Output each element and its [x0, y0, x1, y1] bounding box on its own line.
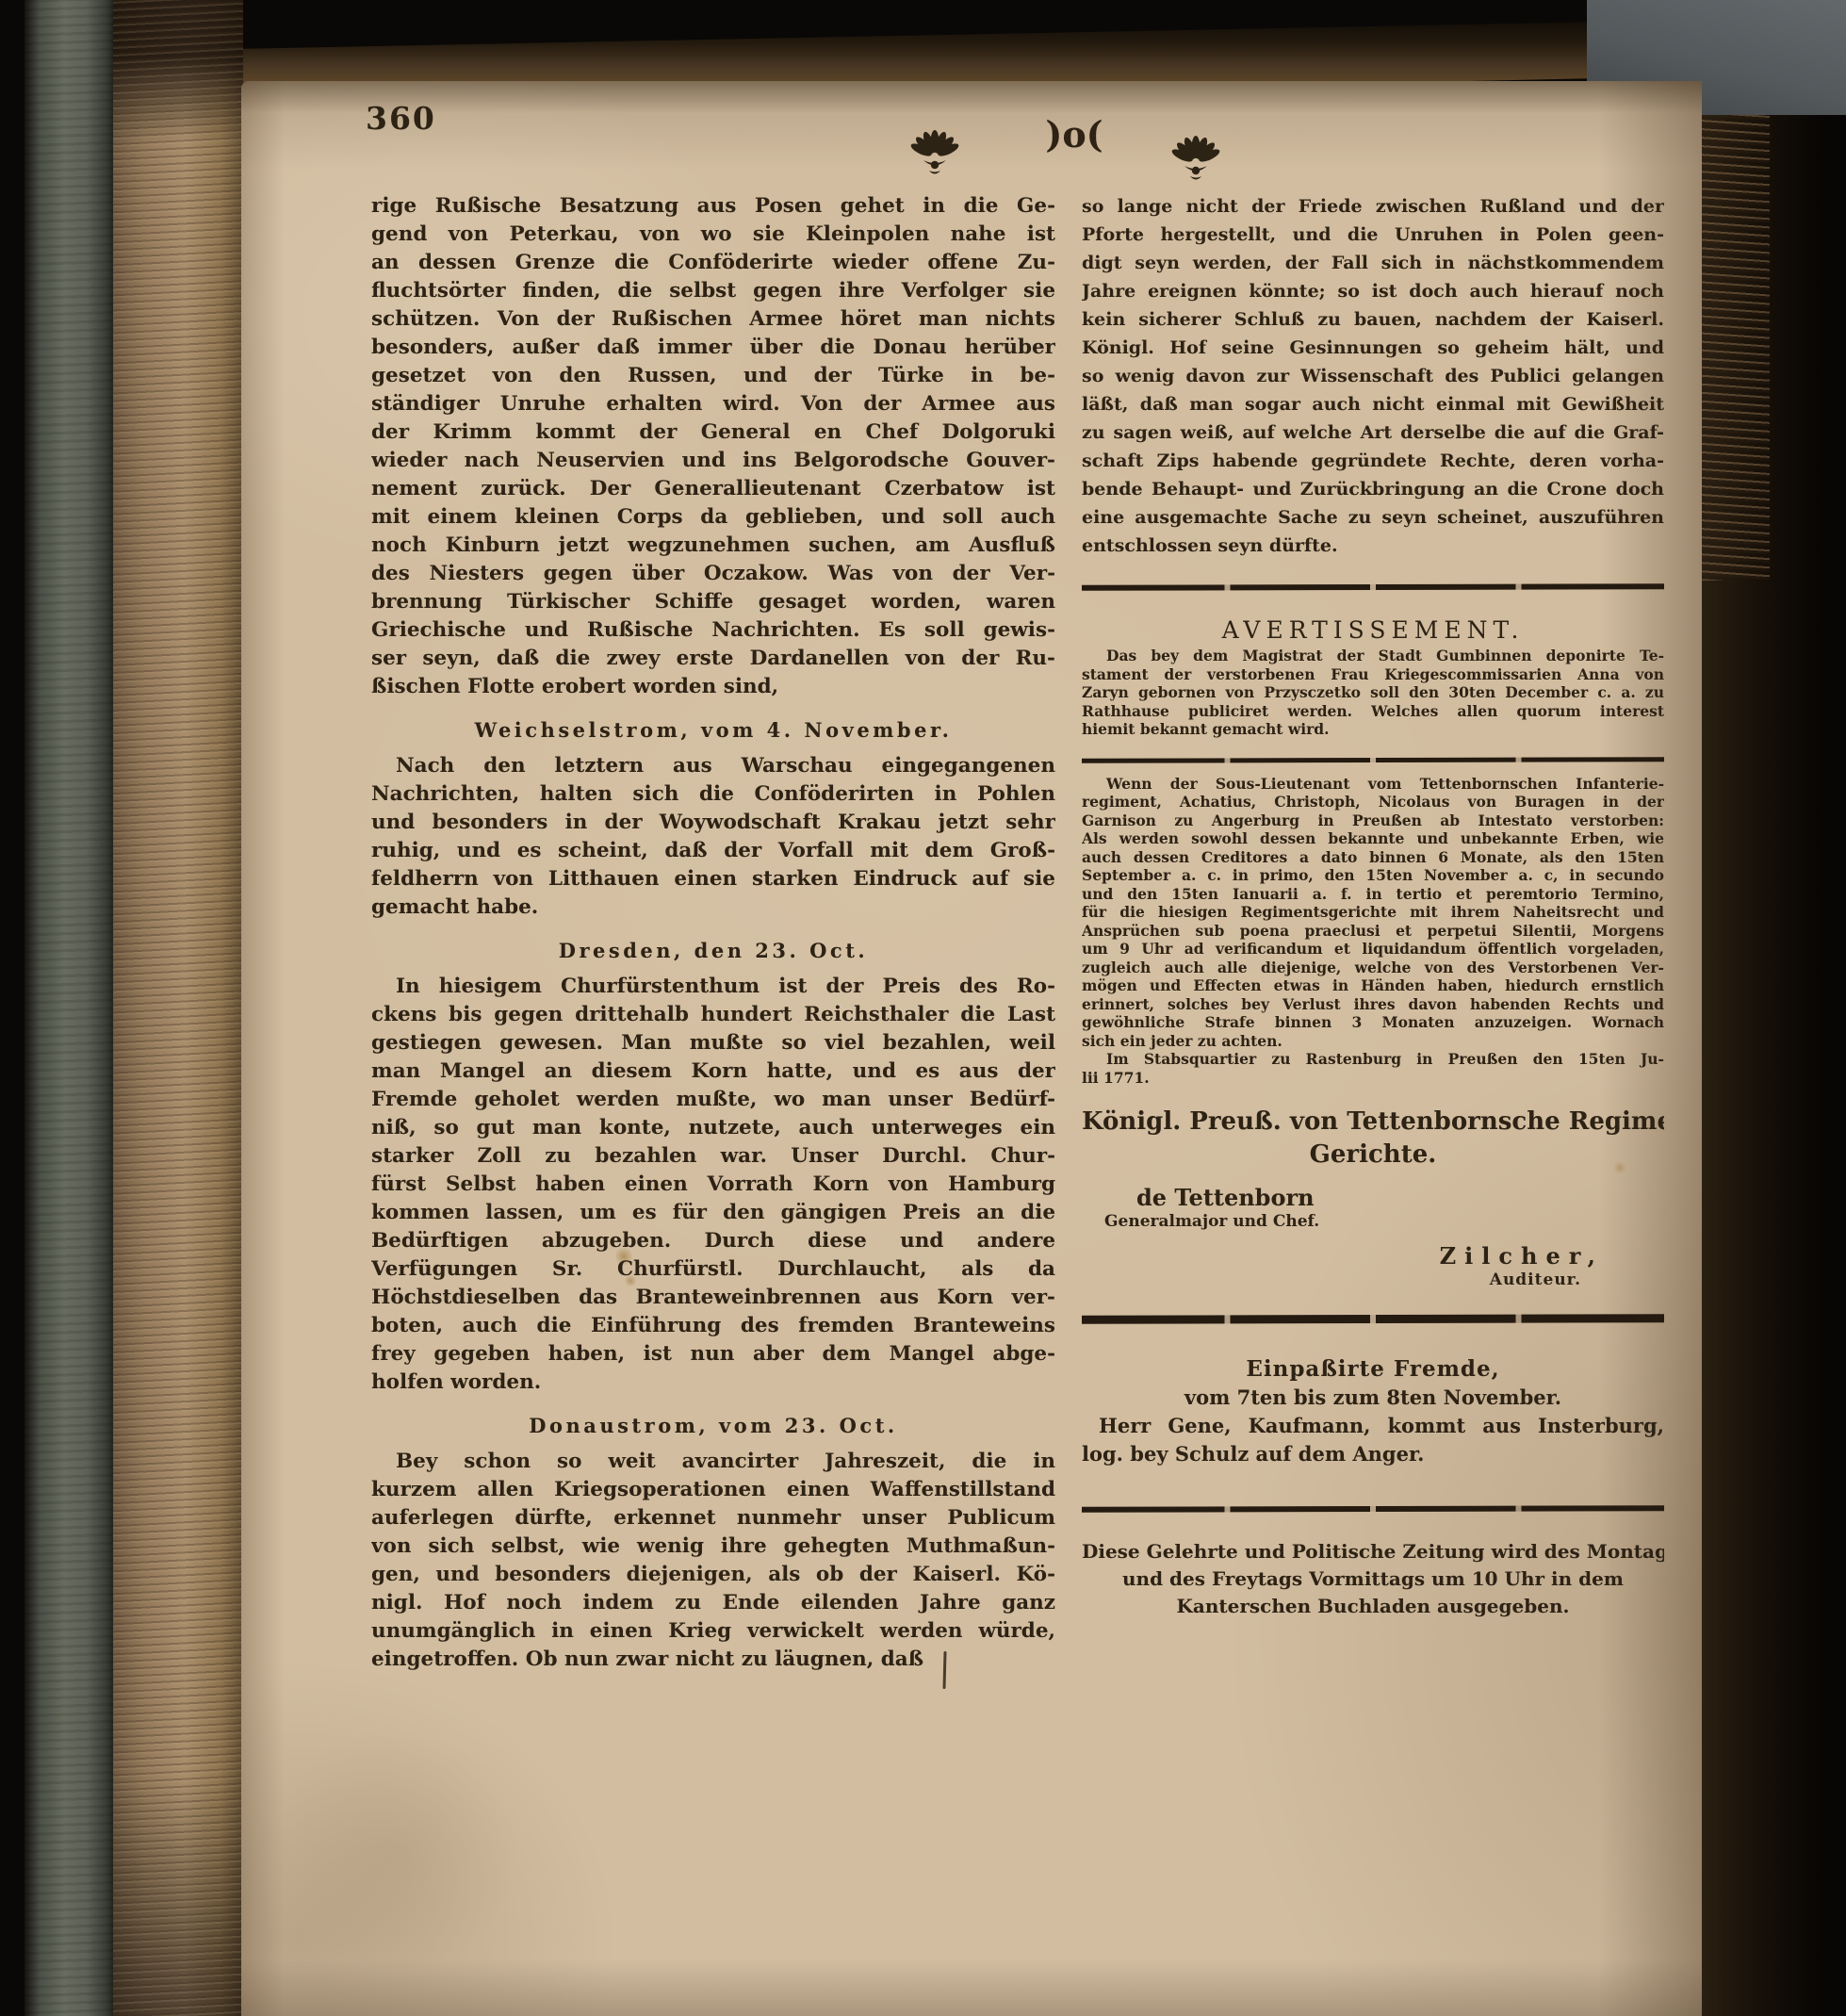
section-heading-dresden: Dresden, den 23. Oct. — [371, 937, 1055, 965]
text-line: unumgänglich in einen Krieg verwickelt w… — [371, 1617, 1055, 1646]
text-line: von sich selbst, wie wenig ihre gehegten… — [371, 1532, 1055, 1561]
text-line: September a. c. in primo, den 15ten Nove… — [1082, 866, 1664, 885]
text-line: Im Stabsquartier zu Rastenburg in Preuße… — [1082, 1050, 1664, 1069]
text-line: nigl. Hof noch indem zu Ende eilenden Ja… — [371, 1589, 1055, 1617]
text-line: auferlegen dürfte, erkennet nunmehr unse… — [371, 1504, 1055, 1532]
header-ornament-left-icon — [907, 126, 962, 181]
text-line: so wenig davon zur Wissenschaft des Publ… — [1082, 362, 1664, 390]
text-line: gestiegen gewesen. Man mußte so viel bez… — [371, 1029, 1055, 1057]
text-line: lii 1771. — [1082, 1069, 1664, 1088]
text-line: log. bey Schulz auf dem Anger. — [1082, 1440, 1664, 1468]
text-line: gewöhnliche Strafe binnen 3 Monaten anzu… — [1082, 1013, 1664, 1032]
text-line: läßt, daß man sogar auch nicht einmal mi… — [1082, 390, 1664, 418]
text-line: Garnison zu Angerburg in Preußen ab Inte… — [1082, 811, 1664, 830]
divider-rule — [1082, 583, 1664, 591]
text-line: so lange nicht der Friede zwischen Rußla… — [1082, 192, 1664, 221]
page-stack-right — [1702, 77, 1846, 2016]
left-column: rige Rußische Besatzung aus Posen gehet … — [371, 192, 1055, 1674]
text-line: mit einem kleinen Corps da geblieben, un… — [371, 503, 1055, 532]
text-line: Ansprüchen sub poena praeclusi et perpet… — [1082, 922, 1664, 941]
text-line: stament der verstorbenen Frau Kriegescom… — [1082, 665, 1664, 684]
divider-rule — [1082, 1505, 1664, 1513]
text-line: gesetzet von den Russen, und der Türke i… — [371, 362, 1055, 390]
text-line: Kanterschen Buchladen ausgegeben. — [1082, 1593, 1664, 1620]
text-line: Gerichte. — [1082, 1139, 1664, 1172]
text-line: erinnert, solches bey Verlust ihres davo… — [1082, 995, 1664, 1014]
text-line: kommen lassen, um es für den gängigen Pr… — [371, 1199, 1055, 1227]
intro-paragraph: rige Rußische Besatzung aus Posen gehet … — [371, 192, 1055, 701]
estate-notice-dateline: Im Stabsquartier zu Rastenburg in Preuße… — [1082, 1050, 1664, 1087]
text-line: ser seyn, daß die zwey erste Dardanellen… — [371, 645, 1055, 673]
text-line: an dessen Grenze die Conföderirte wieder… — [371, 249, 1055, 277]
court-name: Königl. Preuß. von Tettenbornsche Regime… — [1082, 1106, 1664, 1172]
page-stack-left — [113, 0, 243, 2016]
section-body-donaustrom: Bey schon so weit avancirter Jahreszeit,… — [371, 1448, 1055, 1674]
arrivals-heading: Einpaßirte Fremde, — [1082, 1355, 1664, 1384]
text-line: Pforte hergestellt, und die Unruhen in P… — [1082, 221, 1664, 249]
section-body-dresden: In hiesigem Churfürstenthum ist der Prei… — [371, 973, 1055, 1397]
right-column: so lange nicht der Friede zwischen Rußla… — [1082, 192, 1664, 1620]
text-line: ßischen Flotte erobert worden sind, — [371, 673, 1055, 701]
text-line: Nach den letztern aus Warschau eingegang… — [371, 752, 1055, 780]
arrivals-period: vom 7ten bis zum 8ten November. — [1082, 1384, 1664, 1412]
text-line: ruhig, und es scheint, daß der Vorfall m… — [371, 837, 1055, 865]
section-heading-donaustrom: Donaustrom, vom 23. Oct. — [371, 1412, 1055, 1440]
text-line: Wenn der Sous-Lieutenant vom Tettenborns… — [1082, 775, 1664, 794]
text-line: Königl. Hof seine Gesinnungen so geheim … — [1082, 334, 1664, 362]
text-line: Herr Gene, Kaufmann, kommt aus Insterbur… — [1082, 1412, 1664, 1440]
book-scan: 360 )o( — [0, 0, 1846, 2016]
text-line: bende Behaupt- und Zurückbringung an die… — [1082, 475, 1664, 503]
text-line: Griechische und Rußische Nachrichten. Es… — [371, 616, 1055, 645]
book-cover-edge-left — [25, 0, 113, 2016]
text-line: Jahre ereignen könnte; so ist doch auch … — [1082, 277, 1664, 305]
section-heading-weichselstrom: Weichselstrom, vom 4. November. — [371, 716, 1055, 745]
divider-rule — [1082, 757, 1664, 763]
text-line: schützen. Von der Rußischen Armee höret … — [371, 305, 1055, 334]
section-body-weichselstrom: Nach den letztern aus Warschau eingegang… — [371, 752, 1055, 922]
text-line: holfen worden. — [371, 1369, 1055, 1397]
text-line: eine ausgemachte Sache zu seyn scheinet,… — [1082, 503, 1664, 532]
text-line: niß, so gut man konte, nutzete, auch unt… — [371, 1114, 1055, 1142]
text-line: In hiesigem Churfürstenthum ist der Prei… — [371, 973, 1055, 1001]
signature-title: Generalmajor und Chef. — [1082, 1211, 1664, 1232]
text-line: zugleich auch alle diejenige, welche von… — [1082, 959, 1664, 977]
text-line: ständiger Unruhe erhalten wird. Von der … — [371, 390, 1055, 418]
text-line: mögen und Effecten etwas in Händen haben… — [1082, 976, 1664, 995]
text-line: der Krimm kommt der General en Chef Dolg… — [371, 418, 1055, 447]
text-line: entschlossen seyn dürfte. — [1082, 532, 1664, 560]
text-line: Das bey dem Magistrat der Stadt Gumbinne… — [1082, 647, 1664, 665]
text-line: Höchstdieselben das Branteweinbrennen au… — [371, 1284, 1055, 1312]
text-line: Zaryn gebornen von Przysczetko soll den … — [1082, 683, 1664, 702]
text-line: für die hiesigen Regimentsgerichte mit i… — [1082, 903, 1664, 922]
paper-stain — [264, 1734, 528, 1970]
text-line: fürst Selbst haben einen Vorrath Korn vo… — [371, 1171, 1055, 1199]
text-line: fluchtsörter finden, die selbst gegen ih… — [371, 277, 1055, 305]
text-line: noch Kinburn jetzt wegzunehmen suchen, a… — [371, 532, 1055, 560]
text-line: Rathhause publiciret werden. Welches all… — [1082, 702, 1664, 721]
text-line: Als werden sowohl dessen bekannte und un… — [1082, 829, 1664, 848]
continuation-paragraph: so lange nicht der Friede zwischen Rußla… — [1082, 192, 1664, 560]
text-line: sich ein jeder zu achten. — [1082, 1032, 1664, 1051]
text-line: kurzem allen Kriegsoperationen einen Waf… — [371, 1476, 1055, 1504]
text-line: kein sicherer Schluß zu bauen, nachdem d… — [1082, 305, 1664, 334]
avertissement-body: Das bey dem Magistrat der Stadt Gumbinne… — [1082, 647, 1664, 739]
text-line: feldherrn von Litthauen einen starken Ei… — [371, 865, 1055, 893]
text-line: ckens bis gegen drittehalb hundert Reich… — [371, 1001, 1055, 1029]
text-line: Bey schon so weit avancirter Jahreszeit,… — [371, 1448, 1055, 1476]
text-line: und des Freytags Vormittags um 10 Uhr in… — [1082, 1565, 1664, 1593]
text-line: und den 15ten Ianuarii a. f. in tertio e… — [1082, 885, 1664, 904]
text-line: starker Zoll zu bezahlen war. Unser Durc… — [371, 1142, 1055, 1171]
text-line: Bedürftigen abzugeben. Durch diese und a… — [371, 1227, 1055, 1255]
arrivals-body: Herr Gene, Kaufmann, kommt aus Insterbur… — [1082, 1412, 1664, 1468]
text-line: boten, auch die Einführung des fremden B… — [371, 1312, 1055, 1340]
text-line: hiemit bekannt gemacht wird. — [1082, 720, 1664, 739]
text-line: wieder nach Neuservien und ins Belgorods… — [371, 447, 1055, 475]
text-line: frey gegeben haben, ist nun aber dem Man… — [371, 1340, 1055, 1369]
divider-rule — [1082, 1314, 1664, 1324]
text-line: eingetroffen. Ob nun zwar nicht zu läugn… — [371, 1646, 1055, 1674]
text-line: und besonders in der Woywodschaft Krakau… — [371, 809, 1055, 837]
text-line: um 9 Uhr ad verificandum et liquidandum … — [1082, 940, 1664, 959]
header-ornament-right-icon — [1168, 132, 1223, 187]
text-line: schaft Zips habende gegründete Rechte, d… — [1082, 447, 1664, 475]
text-line: man Mangel an diesem Korn hatte, und es … — [371, 1057, 1055, 1086]
text-line: zu sagen weiß, auf welche Art derselbe d… — [1082, 418, 1664, 447]
text-line: Verfügungen Sr. Churfürstl. Durchlaucht,… — [371, 1255, 1055, 1284]
countersignature-title: Auditeur. — [1082, 1270, 1664, 1290]
text-line: gend von Peterkau, von wo sie Kleinpolen… — [371, 221, 1055, 249]
text-line: rige Rußische Besatzung aus Posen gehet … — [371, 192, 1055, 221]
countersignature-name: Zilcher, — [1082, 1243, 1664, 1270]
text-line: gen, und besonders diejenigen, als ob de… — [371, 1561, 1055, 1589]
text-line: besonders, außer daß immer über die Dona… — [371, 334, 1055, 362]
text-line: des Niesters gegen über Oczakow. Was von… — [371, 560, 1055, 588]
text-line: nement zurück. Der Generallieutenant Cze… — [371, 475, 1055, 503]
page-number: 360 — [366, 100, 436, 137]
text-line: Königl. Preuß. von Tettenbornsche Regime… — [1082, 1106, 1664, 1139]
imprint-notice: Diese Gelehrte und Politische Zeitung wi… — [1082, 1538, 1664, 1620]
estate-notice-body: Wenn der Sous-Lieutenant vom Tettenborns… — [1082, 775, 1664, 1051]
text-line: Diese Gelehrte und Politische Zeitung wi… — [1082, 1538, 1664, 1565]
text-line: Fremde geholet werden mußte, wo man unse… — [371, 1086, 1055, 1114]
header-center-mark: )o( — [1022, 113, 1126, 156]
text-line: brennung Türkischer Schiffe gesaget word… — [371, 588, 1055, 616]
text-line: Nachrichten, halten sich die Conföderirt… — [371, 780, 1055, 809]
text-line: gemacht habe. — [371, 893, 1055, 922]
text-line: digt seyn werden, der Fall sich in nächs… — [1082, 249, 1664, 277]
text-line: regiment, Achatius, Christoph, Nicolaus … — [1082, 793, 1664, 811]
signature-name: de Tettenborn — [1082, 1185, 1664, 1211]
avertissement-heading: AVERTISSEMENT. — [1082, 615, 1664, 647]
text-line: auch dessen Creditores a dato binnen 6 M… — [1082, 848, 1664, 867]
